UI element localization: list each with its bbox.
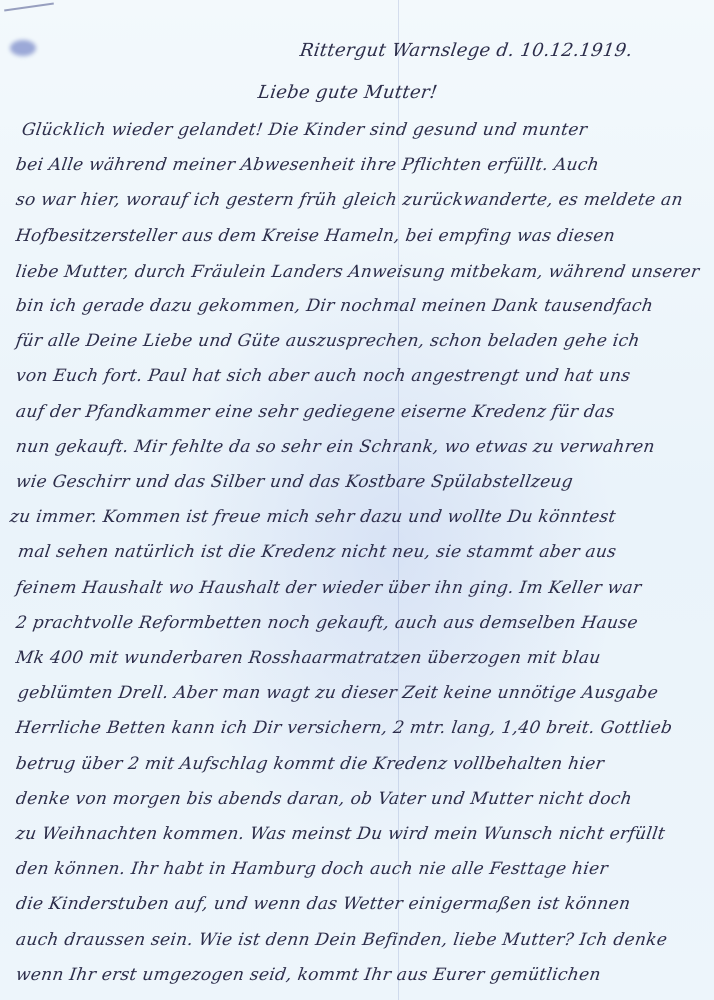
letter-line: Herrliche Betten kann ich Dir versichern…: [15, 718, 674, 738]
letter-line: von Euch fort. Paul hat sich aber auch n…: [15, 366, 632, 386]
letter-salutation: Liebe gute Mutter!: [257, 82, 439, 103]
letter-line: bin ich gerade dazu gekommen, Dir nochma…: [15, 296, 655, 316]
letter-line: 2 prachtvolle Reformbetten noch gekauft,…: [15, 613, 640, 633]
letter-line: so war hier, worauf ich gestern früh gle…: [15, 190, 685, 210]
letter-paper: [0, 0, 714, 1000]
letter-line: betrug über 2 mit Aufschlag kommt die Kr…: [15, 754, 606, 774]
letter-line: Mk 400 mit wunderbaren Rosshaarmatratzen…: [15, 648, 602, 668]
letter-line: für alle Deine Liebe und Güte auszusprec…: [15, 331, 641, 351]
letter-line: zu Weihnachten kommen. Was meinst Du wir…: [15, 824, 667, 844]
paper-fold-line: [398, 0, 399, 1000]
letter-line: wenn Ihr erst umgezogen seid, kommt Ihr …: [15, 965, 602, 985]
letter-line: mal sehen natürlich ist die Kredenz nich…: [17, 542, 618, 562]
letter-line: feinem Haushalt wo Haushalt der wieder ü…: [15, 578, 643, 598]
letter-line: die Kinderstuben auf, und wenn das Wette…: [15, 894, 632, 914]
letter-header-date: Rittergut Warnslege d. 10.12.1919.: [299, 40, 634, 61]
ink-stain: [10, 40, 36, 56]
letter-line: bei Alle während meiner Abwesenheit ihre…: [15, 155, 601, 175]
letter-line: nun gekauft. Mir fehlte da so sehr ein S…: [15, 437, 657, 457]
letter-line: auch draussen sein. Wie ist denn Dein Be…: [15, 930, 669, 950]
letter-line: wie Geschirr und das Silber und das Kost…: [15, 472, 575, 492]
letter-line: Hofbesitzersteller aus dem Kreise Hameln…: [15, 226, 617, 246]
letter-line: den können. Ihr habt in Hamburg doch auc…: [15, 859, 610, 879]
letter-line: liebe Mutter, durch Fräulein Landers Anw…: [15, 261, 701, 281]
letter-line: auf der Pfandkammer eine sehr gediegene …: [15, 402, 616, 422]
letter-line: zu immer. Kommen ist freue mich sehr daz…: [9, 507, 618, 527]
letter-line: denke von morgen bis abends daran, ob Va…: [15, 789, 634, 809]
letter-line: Glücklich wieder gelandet! Die Kinder si…: [21, 120, 589, 140]
letter-line: geblümten Drell. Aber man wagt zu dieser…: [17, 683, 660, 703]
